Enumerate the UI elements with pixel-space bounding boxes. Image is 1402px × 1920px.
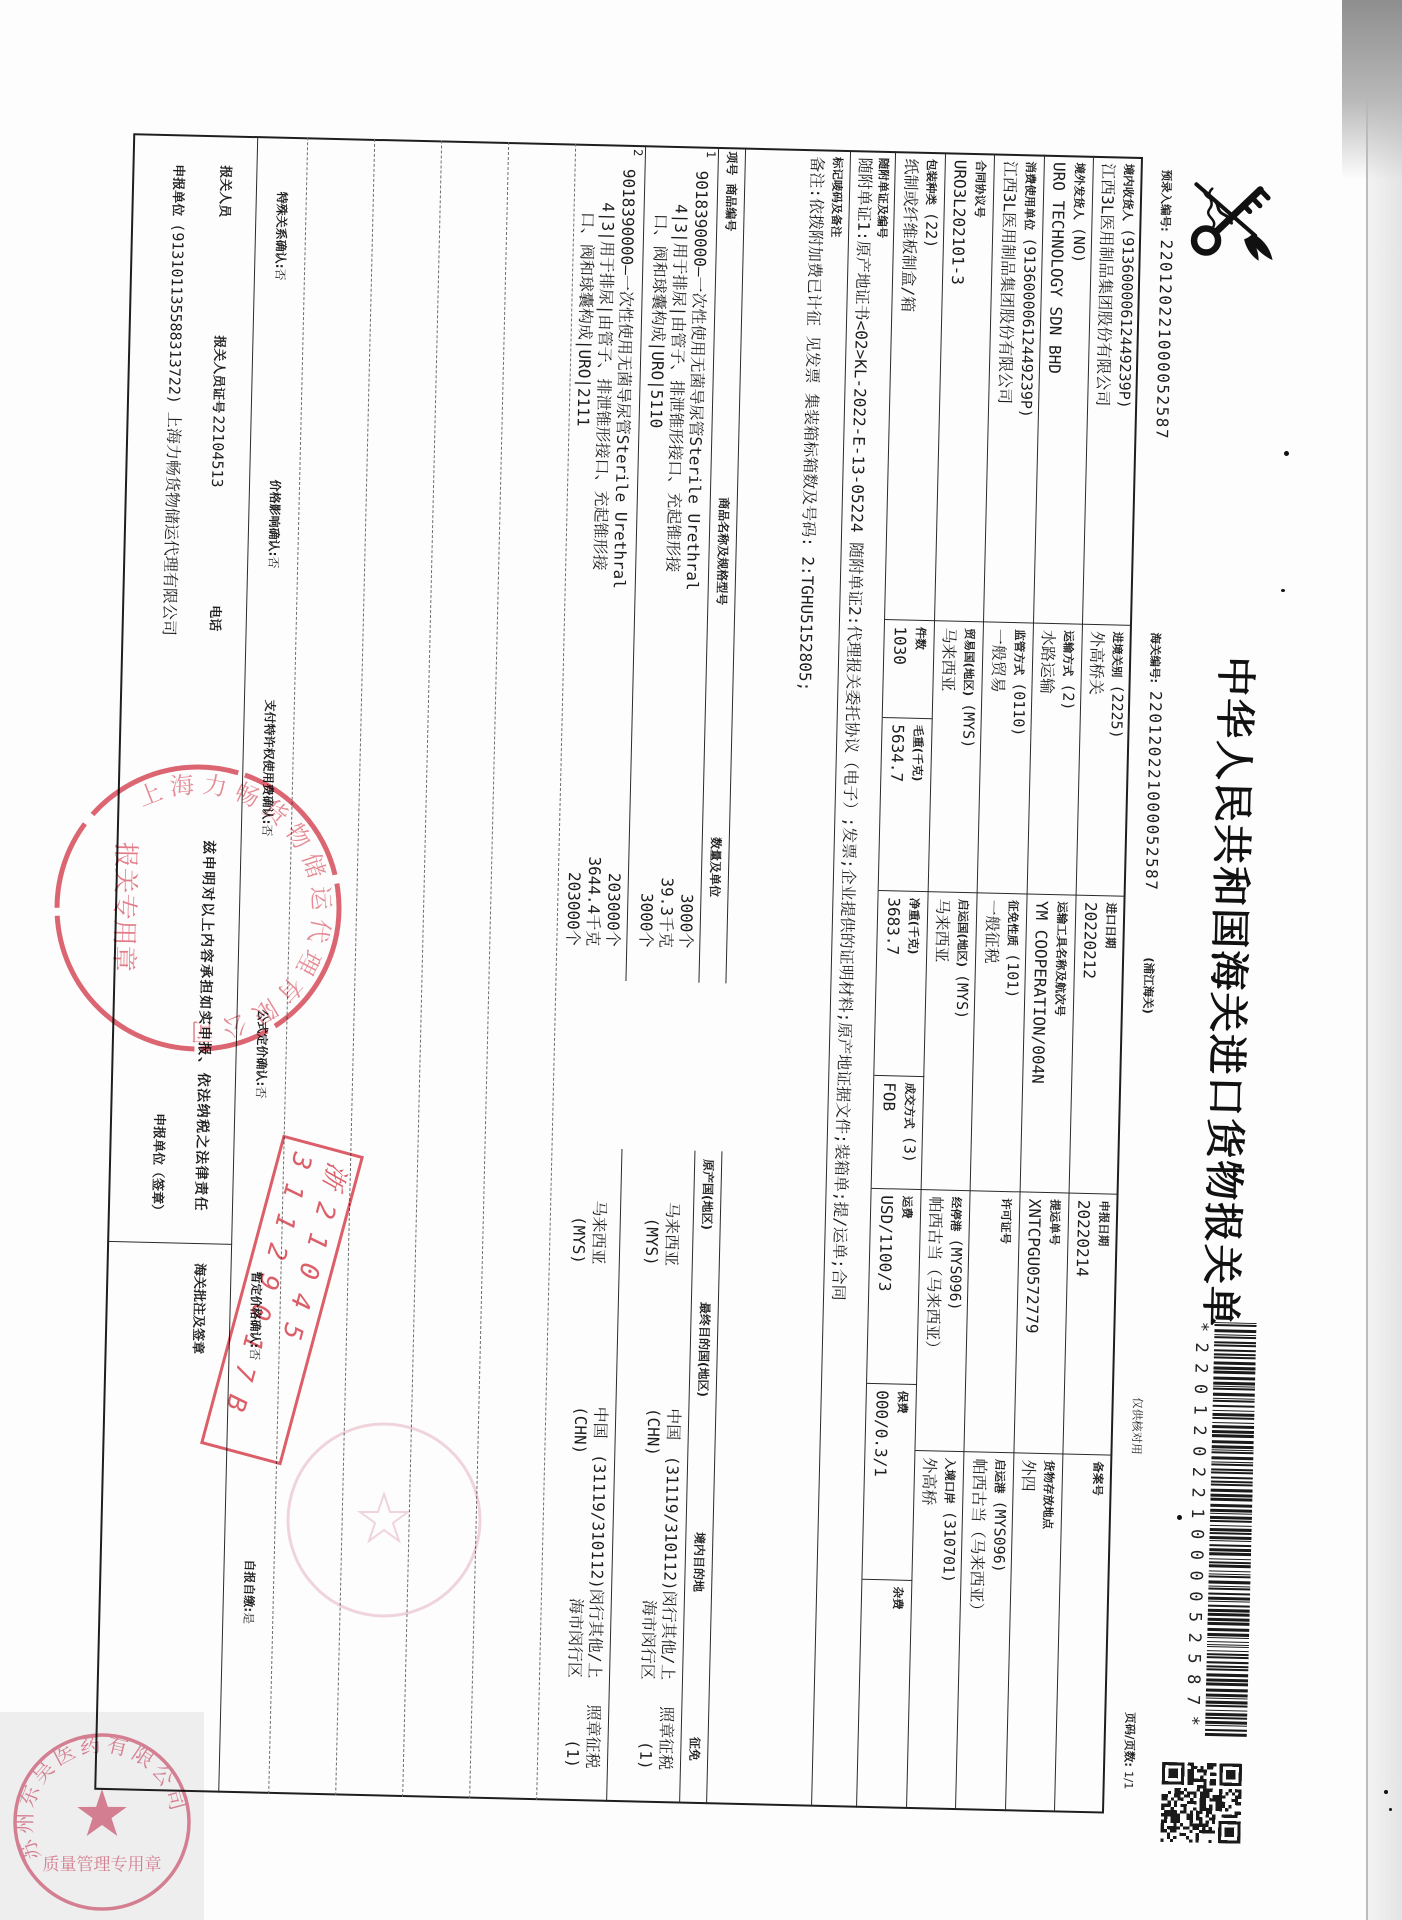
scanner-corner-shadow	[1342, 0, 1402, 180]
barcode	[1205, 1322, 1257, 1738]
contract-no-value: URO3L202101-3	[947, 159, 970, 285]
goods-header-levy: 征免	[686, 1737, 703, 1761]
scan-speck	[1284, 451, 1289, 456]
import-date-label: 进口日期	[1101, 902, 1121, 955]
goods-item-levy: 照章征税	[582, 1692, 604, 1768]
import-date-value: 20220212	[1079, 902, 1101, 980]
insurance-value: 000/0.3/1	[870, 1390, 892, 1477]
goods-item-qty: 3000个	[635, 785, 659, 947]
supervision-mode-label: 监管方式(0110)	[1008, 629, 1030, 737]
goods-item-qty: 203000个	[602, 785, 626, 947]
pre-entry-label: 预录入编号:	[1158, 169, 1173, 231]
goods-item-no: 1	[704, 151, 718, 159]
goods-item-no: 2	[631, 149, 645, 157]
goods-item-final-dest: 中国	[663, 1408, 684, 1440]
package-type-label: 包装种类(22)	[921, 159, 942, 249]
insurance-label: 保费	[893, 1390, 913, 1420]
goods-item-origin: 马来西亚	[661, 1176, 683, 1266]
star-icon	[77, 1789, 126, 1836]
supervision-mode-value: 一般贸易	[987, 628, 1009, 692]
storage-location-label: 货物存放地点	[1038, 1460, 1059, 1536]
net-weight-value: 3683.7	[882, 897, 903, 955]
departure-country-label: 启运国(地区)(MYS)	[952, 899, 974, 1020]
trade-country-value: 马来西亚	[937, 627, 959, 691]
phone-label: 电话	[205, 605, 224, 631]
goods-item-qty: 39.3千克	[655, 786, 679, 948]
customs-number-label: 海关编号:	[1148, 632, 1163, 683]
goods-item-final-dest: 中国	[590, 1406, 611, 1438]
goods-item-qty: 3000个	[675, 786, 699, 948]
pre-entry-value: 220120221000052587	[1152, 239, 1176, 440]
transit-port-label: 经停港(MYS096)	[945, 1197, 967, 1311]
goods-header-domestic-dest: 境内目的地	[690, 1532, 707, 1592]
scanner-edge-line	[1366, 0, 1368, 1920]
scan-speck	[1389, 1808, 1392, 1811]
package-count-value: 1030	[889, 626, 910, 665]
goods-header-qty-unit: 数量及单位	[706, 837, 723, 897]
package-type-value: 纸制或纤维板制盒/箱	[897, 158, 921, 312]
net-weight-label: 净重(千克)	[904, 898, 924, 962]
entry-checkpoint-value: 外高桥	[918, 1457, 939, 1505]
goods-header-item-no: 项号	[723, 151, 740, 175]
bill-of-lading-value: XNTCPGU0572779	[1021, 1198, 1044, 1333]
scanned-page: 预录入编号:220120221000052587 中华人民共和国海关进口货物报关…	[0, 0, 1402, 1920]
gross-weight-value: 5634.7	[886, 724, 907, 782]
departure-port-value: 帕西古当（马来西亚）	[966, 1458, 990, 1618]
goods-item-levy: 照章征税	[655, 1694, 677, 1770]
entry-checkpoint-label: 入境口岸(310701)	[938, 1458, 960, 1584]
confirm-self-declare: 自报自缴:是	[239, 1559, 259, 1624]
goods-header-final-dest: 最终目的国(地区)	[695, 1302, 713, 1397]
goods-item-origin: 马来西亚	[588, 1174, 610, 1264]
remarks-label: 标记唛码及备注	[827, 157, 847, 238]
goods-header-hs-code: 商品编号	[722, 183, 739, 231]
quality-seal-stamp: 苏州东吴医药有限公司 质量管理专用章	[7, 1727, 197, 1917]
levy-nature-label: 征免性质(101)	[1002, 900, 1023, 999]
goods-header-name-spec: 商品名称及规格型号	[713, 497, 732, 605]
gross-weight-label: 毛重(千克)	[908, 725, 928, 789]
freight-value: USD/1100/3	[874, 1195, 896, 1292]
verify-note: 仅供核对用	[1127, 1397, 1146, 1455]
goods-item-qty: 3644.4千克	[582, 784, 606, 946]
agent-seal-ring-text: 上海力畅货物储运代理有限公司	[129, 769, 338, 1048]
page-count: 页码/页数:1/1	[1120, 1712, 1140, 1790]
levy-nature-value: 一般征税	[981, 899, 1003, 963]
misc-fee-label: 杂费	[889, 1586, 909, 1616]
declaring-unit-seal-label: 申报单位（签章）	[147, 1074, 168, 1217]
overseas-shipper-label: 境外发货人(NO)	[1068, 162, 1089, 263]
page-count-value: 1/1	[1122, 1771, 1136, 1790]
scan-speck	[1281, 589, 1285, 592]
bill-of-lading-label: 提运单号	[1045, 1199, 1065, 1252]
goods-item-origin: (MYS)	[641, 1175, 663, 1265]
storage-location-value: 外四	[1018, 1459, 1039, 1491]
attachments-label: 随附单证及编号	[873, 158, 893, 239]
departure-port-label: 启运港(MYS096)	[989, 1459, 1011, 1573]
goods-header-origin: 原产国(地区)	[699, 1159, 717, 1230]
transport-mode-label: 运输方式(2)	[1058, 630, 1079, 711]
page-count-label: 页码/页数:	[1122, 1712, 1137, 1767]
freight-label: 运费	[898, 1196, 918, 1226]
declare-date-value: 20220214	[1072, 1200, 1094, 1278]
officer-cert: 报关人员证号22104513	[206, 335, 230, 488]
agent-seal-stamp: 上海力畅货物储运代理有限公司 报关专用章	[48, 758, 348, 1058]
transit-port-value: 帕西古当（马来西亚）	[922, 1196, 946, 1356]
entry-port-label: 进境关别(2225)	[1106, 631, 1128, 739]
price-column-redaction	[556, 979, 732, 1151]
customs-officer-label: 报关人员	[214, 165, 233, 217]
goods-item-levy: (1)	[562, 1692, 584, 1768]
scanner-edge-band	[1367, 0, 1402, 1920]
license-no-label: 许可证号	[996, 1198, 1016, 1251]
vessel-voyage-label: 运输工具名称及航次号	[1051, 901, 1073, 1023]
contract-no-label: 合同协议号	[970, 160, 991, 225]
quality-seal-bottom-text: 质量管理专用章	[43, 1854, 162, 1875]
entry-port-value: 外高桥关	[1085, 631, 1107, 695]
goods-item-origin: (MYS)	[568, 1174, 590, 1264]
faint-seal-stamp	[282, 1418, 486, 1622]
customs-note-label: 海关批注及签章	[188, 1263, 208, 1354]
confirm-price-impact: 价格影响确认:否	[264, 479, 284, 568]
customs-office: (浦江海关)	[1139, 957, 1158, 1014]
departure-country-value: 马来西亚	[931, 898, 953, 962]
record-no-label: 备案号	[1088, 1461, 1108, 1503]
scan-speck	[1177, 1515, 1182, 1520]
goods-item-qty: 203000个	[562, 784, 586, 946]
confirm-special-relation: 特殊关系确认:否	[271, 192, 291, 281]
transaction-mode-label: 成交方式(3)	[899, 1083, 920, 1164]
transaction-mode-value: FOB	[878, 1082, 899, 1111]
goods-item-levy: (1)	[635, 1693, 657, 1769]
scan-speck	[1384, 1790, 1388, 1794]
declare-date-label: 申报日期	[1094, 1200, 1114, 1253]
pre-entry-number: 预录入编号:220120221000052587	[1151, 169, 1176, 440]
svg-text:上海力畅货物储运代理有限公司: 上海力畅货物储运代理有限公司	[129, 769, 338, 1048]
package-count-label: 件数	[911, 627, 931, 657]
qr-code-icon	[1160, 1762, 1242, 1844]
trade-country-label: 贸易国(地区)(MYS)	[958, 628, 980, 749]
customs-number: 海关编号:220120221000052587	[1141, 632, 1166, 891]
agent-seal-center-text: 报关专用章	[108, 841, 140, 972]
transport-mode-value: 水路运输	[1036, 630, 1058, 694]
customs-number-value: 220120221000052587	[1142, 691, 1166, 892]
